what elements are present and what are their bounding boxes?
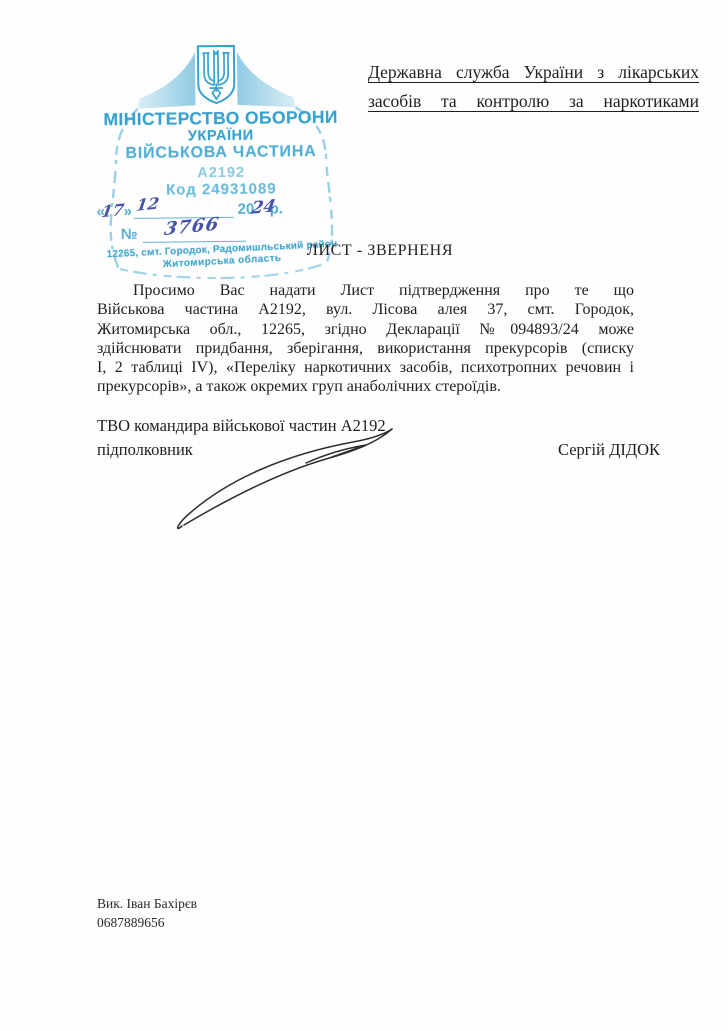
- body-line: Військова частина А2192, вул. Лісова але…: [97, 300, 634, 319]
- stamp-org-line3: ВІЙСЬКОВА ЧАСТИНА: [96, 143, 346, 164]
- body-line: здійснювати придбання, зберігання, викор…: [97, 339, 634, 358]
- body-line: прекурсорів», а також окремих груп анабо…: [97, 377, 634, 396]
- handwritten-month: 12: [135, 194, 161, 215]
- executor-block: Вик. Іван Бахірєв 0687889656: [97, 895, 197, 932]
- scanned-letter-page: МІНІСТЕРСТВО ОБОРОНИ УКРАЇНИ ВІЙСЬКОВА Ч…: [0, 0, 728, 1031]
- handwritten-year: 24: [250, 196, 277, 218]
- executor-name: Вик. Іван Бахірєв: [97, 895, 197, 914]
- letter-body: Просимо Вас надати Лист підтвердження пр…: [97, 281, 634, 397]
- handwritten-outgoing-number: 3766: [163, 214, 221, 240]
- stamp-edrpou-code: Код 24931089: [96, 180, 346, 200]
- body-line: І, 2 таблиці IV), «Переліку наркотичних …: [97, 358, 634, 377]
- recipient-block: Державна служба України з лікарських зас…: [368, 58, 699, 116]
- letter-title: ЛИСТ - ЗВЕРНЕНЯ: [307, 242, 453, 260]
- stamp-close-quote: »: [124, 203, 133, 220]
- stamp-number-label: №: [121, 226, 138, 243]
- handwritten-day: 17: [100, 200, 126, 221]
- ukraine-trident-icon: [195, 44, 238, 104]
- stamp-number-blank-line: 3766: [143, 224, 246, 243]
- body-line: Житомирська обл., 12265, згідно Декларац…: [97, 320, 634, 339]
- handwritten-signature: [168, 426, 403, 538]
- recipient-line1: Державна служба України з лікарських: [368, 58, 699, 87]
- recipient-line2: засобів та контролю за наркотиками: [368, 87, 699, 116]
- signoff-name: Сергій ДІДОК: [558, 438, 660, 462]
- executor-phone: 0687889656: [97, 914, 197, 933]
- body-line: Просимо Вас надати Лист підтвердження пр…: [97, 281, 634, 300]
